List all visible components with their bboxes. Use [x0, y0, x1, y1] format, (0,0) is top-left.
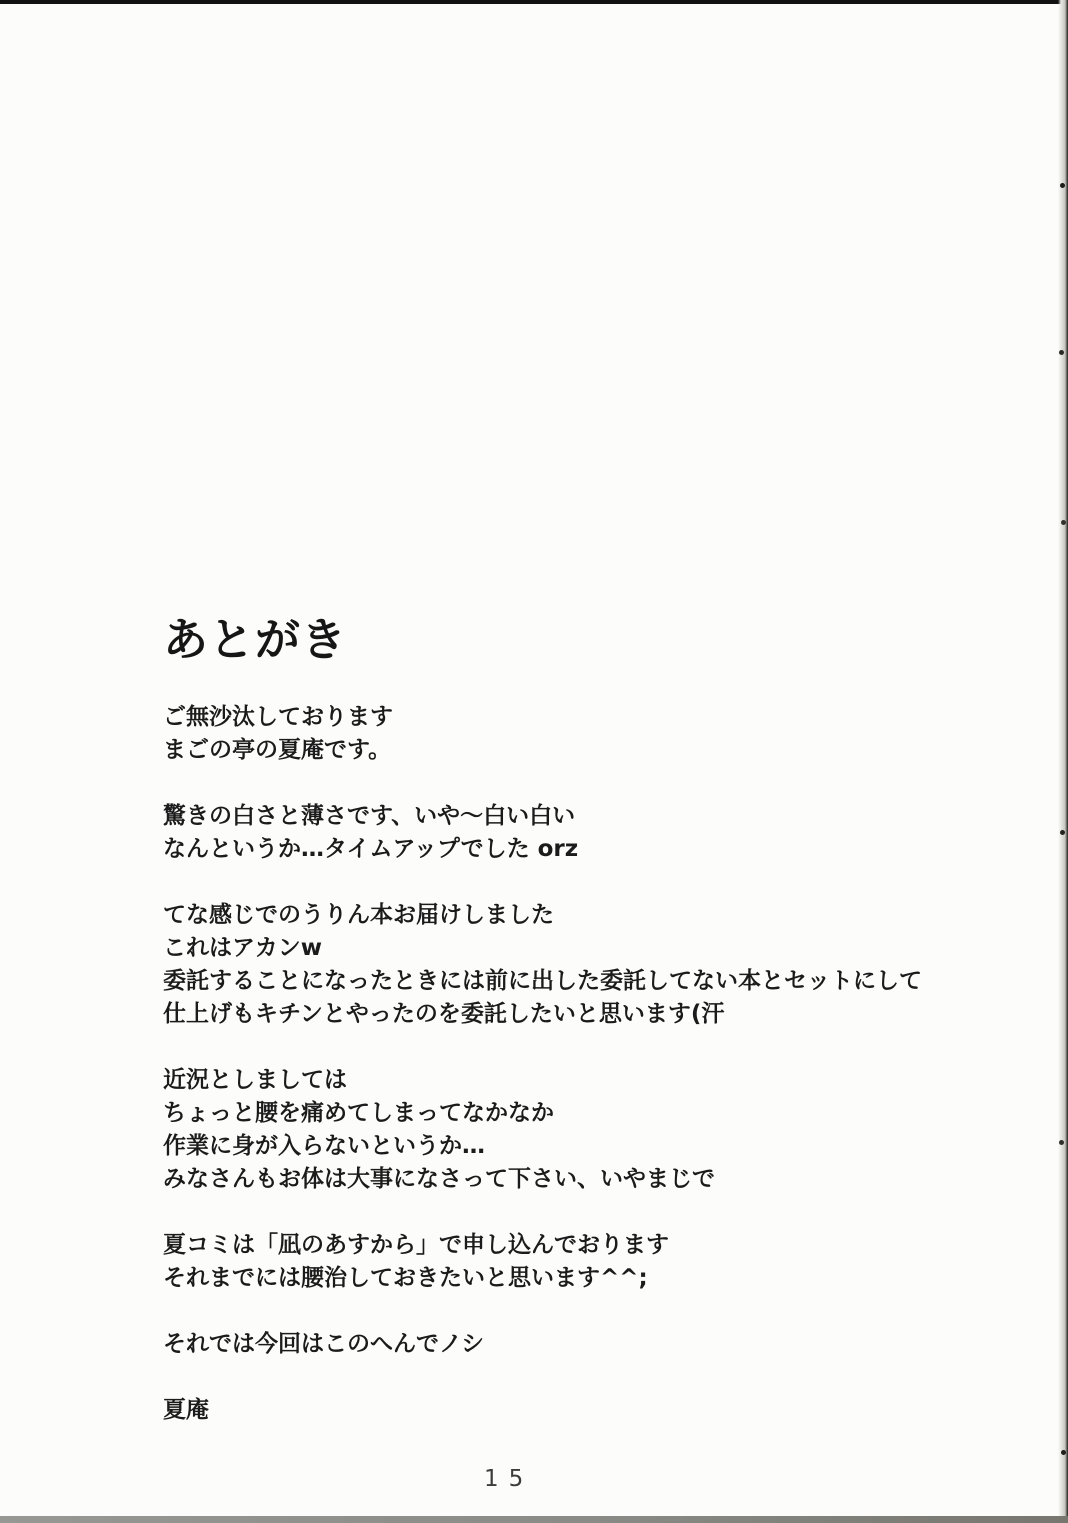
text-line: これはアカンw: [163, 932, 963, 965]
text-line: 仕上げもキチンとやったのを委託したいと思います(汗: [163, 998, 963, 1031]
afterword-body: ご無沙汰しておりますまごの亭の夏庵です。驚きの白さと薄さです、いや～白い白いなん…: [163, 701, 963, 1427]
text-line: 夏庵: [163, 1394, 963, 1427]
scan-edge-top: [0, 0, 1068, 4]
afterword-paragraph: 夏コミは「凪のあすから」で申し込んでおりますそれまでには腰治しておきたいと思いま…: [163, 1229, 963, 1295]
text-line: 夏コミは「凪のあすから」で申し込んでおります: [163, 1229, 963, 1262]
text-line: てな感じでのうりん本お届けしました: [163, 899, 963, 932]
text-line: 作業に身が入らないというか…: [163, 1130, 963, 1163]
afterword-paragraph: てな感じでのうりん本お届けしましたこれはアカンw委託することになったときには前に…: [163, 899, 963, 1031]
afterword-paragraph: 夏庵: [163, 1394, 963, 1427]
afterword-paragraph: それでは今回はこのへんでノシ: [163, 1328, 963, 1361]
scan-edge-right: [1058, 0, 1068, 1523]
afterword-paragraph: ご無沙汰しておりますまごの亭の夏庵です。: [163, 701, 963, 767]
scanned-afterword-page: あとがき ご無沙汰しておりますまごの亭の夏庵です。驚きの白さと薄さです、いや～白…: [0, 0, 1068, 1523]
afterword-paragraph: 近況としましてはちょっと腰を痛めてしまってなかなか作業に身が入らないというか…み…: [163, 1064, 963, 1196]
text-line: 驚きの白さと薄さです、いや～白い白い: [163, 800, 963, 833]
text-line: それでは今回はこのへんでノシ: [163, 1328, 963, 1361]
afterword-paragraph: 驚きの白さと薄さです、いや～白い白いなんというか…タイムアップでした orz: [163, 800, 963, 866]
text-line: みなさんもお体は大事になさって下さい、いやまじで: [163, 1163, 963, 1196]
text-line: ちょっと腰を痛めてしまってなかなか: [163, 1097, 963, 1130]
scan-edge-bottom: [0, 1516, 1068, 1523]
scan-noise-dots: [1060, 183, 1065, 188]
page-number: 15: [484, 1466, 533, 1492]
text-line: 近況としましては: [163, 1064, 963, 1097]
text-line: ご無沙汰しております: [163, 701, 963, 734]
text-line: なんというか…タイムアップでした orz: [163, 833, 963, 866]
text-line: それまでには腰治しておきたいと思います^^;: [163, 1262, 963, 1295]
text-line: まごの亭の夏庵です。: [163, 734, 963, 767]
afterword-title: あとがき: [163, 616, 963, 663]
text-line: 委託することになったときには前に出した委託してない本とセットにして: [163, 965, 963, 998]
afterword-content: あとがき ご無沙汰しておりますまごの亭の夏庵です。驚きの白さと薄さです、いや～白…: [163, 616, 963, 1460]
